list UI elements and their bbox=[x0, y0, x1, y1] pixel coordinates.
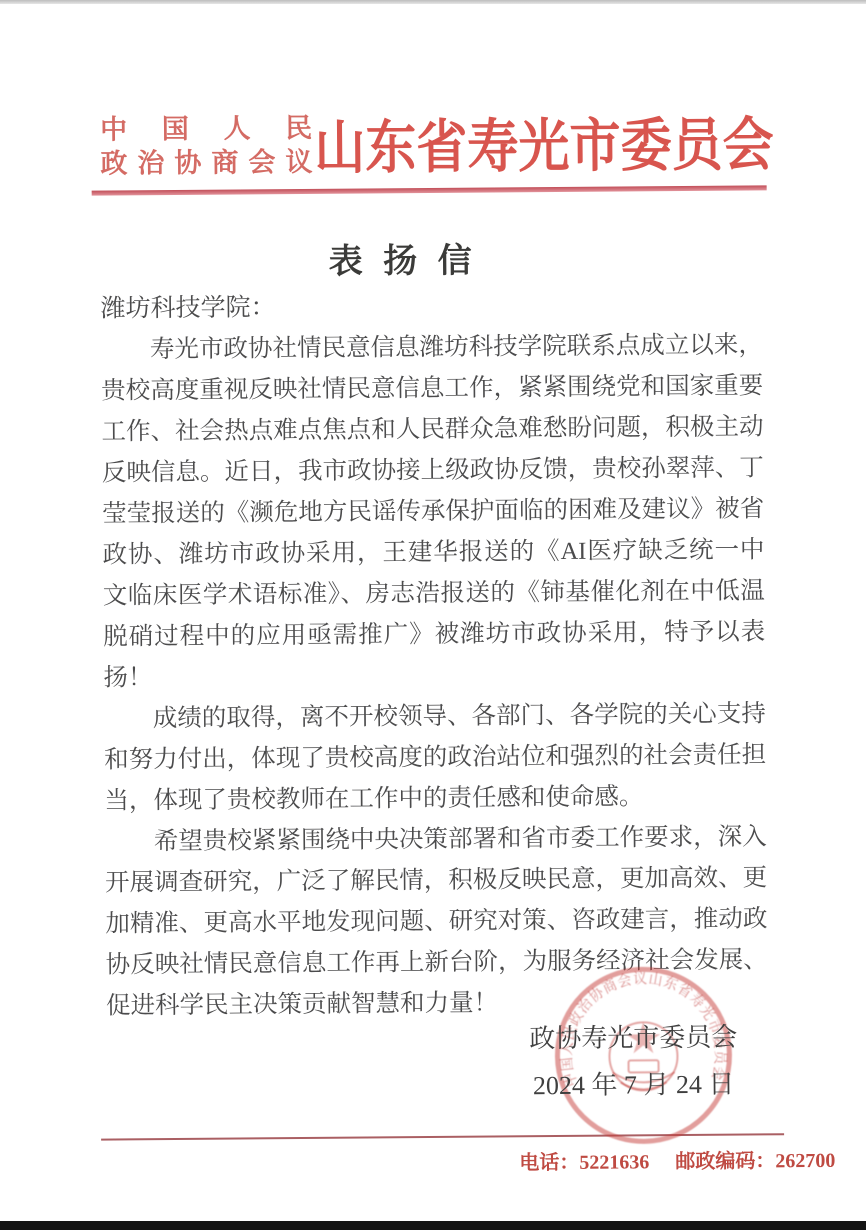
letterhead-org-name: 山东省寿光市委员会 bbox=[314, 97, 774, 185]
letterhead-org-line2: 政治协商会议 bbox=[100, 145, 312, 181]
body-paragraph-1: 寿光市政协社情民意信息潍坊科技学院联系点成立以来，贵校高度重视反映社情民意信息工… bbox=[101, 324, 766, 698]
letterhead-org-small: 中国人民 政治协商会议 bbox=[100, 111, 313, 181]
scan-bottom-edge bbox=[0, 1221, 866, 1230]
signature-date: 2024 年 7 月 24 日 bbox=[454, 1060, 814, 1110]
signature-block: 政协寿光市委员会 2024 年 7 月 24 日 bbox=[453, 1013, 814, 1110]
body-paragraph-2: 成绩的取得，离不开校领导、各部门、各学院的关心支持和努力付出，体现了贵校高度的政… bbox=[104, 693, 767, 821]
letter-title: 表 扬 信 bbox=[72, 231, 734, 285]
letter-page: 中国人民 政治协商会议 山东省寿光市委员会 表 扬 信 潍坊科技学院： 寿光市政… bbox=[0, 0, 866, 1230]
letter-body: 寿光市政协社情民意信息潍坊科技学院联系点成立以来，贵校高度重视反映社情民意信息工… bbox=[101, 324, 768, 1026]
salutation: 潍坊科技学院： bbox=[100, 287, 275, 324]
signature-org: 政协寿光市委员会 bbox=[453, 1013, 813, 1063]
letterhead-org-line1: 中国人民 bbox=[100, 111, 312, 147]
letterhead-rule bbox=[92, 185, 767, 195]
